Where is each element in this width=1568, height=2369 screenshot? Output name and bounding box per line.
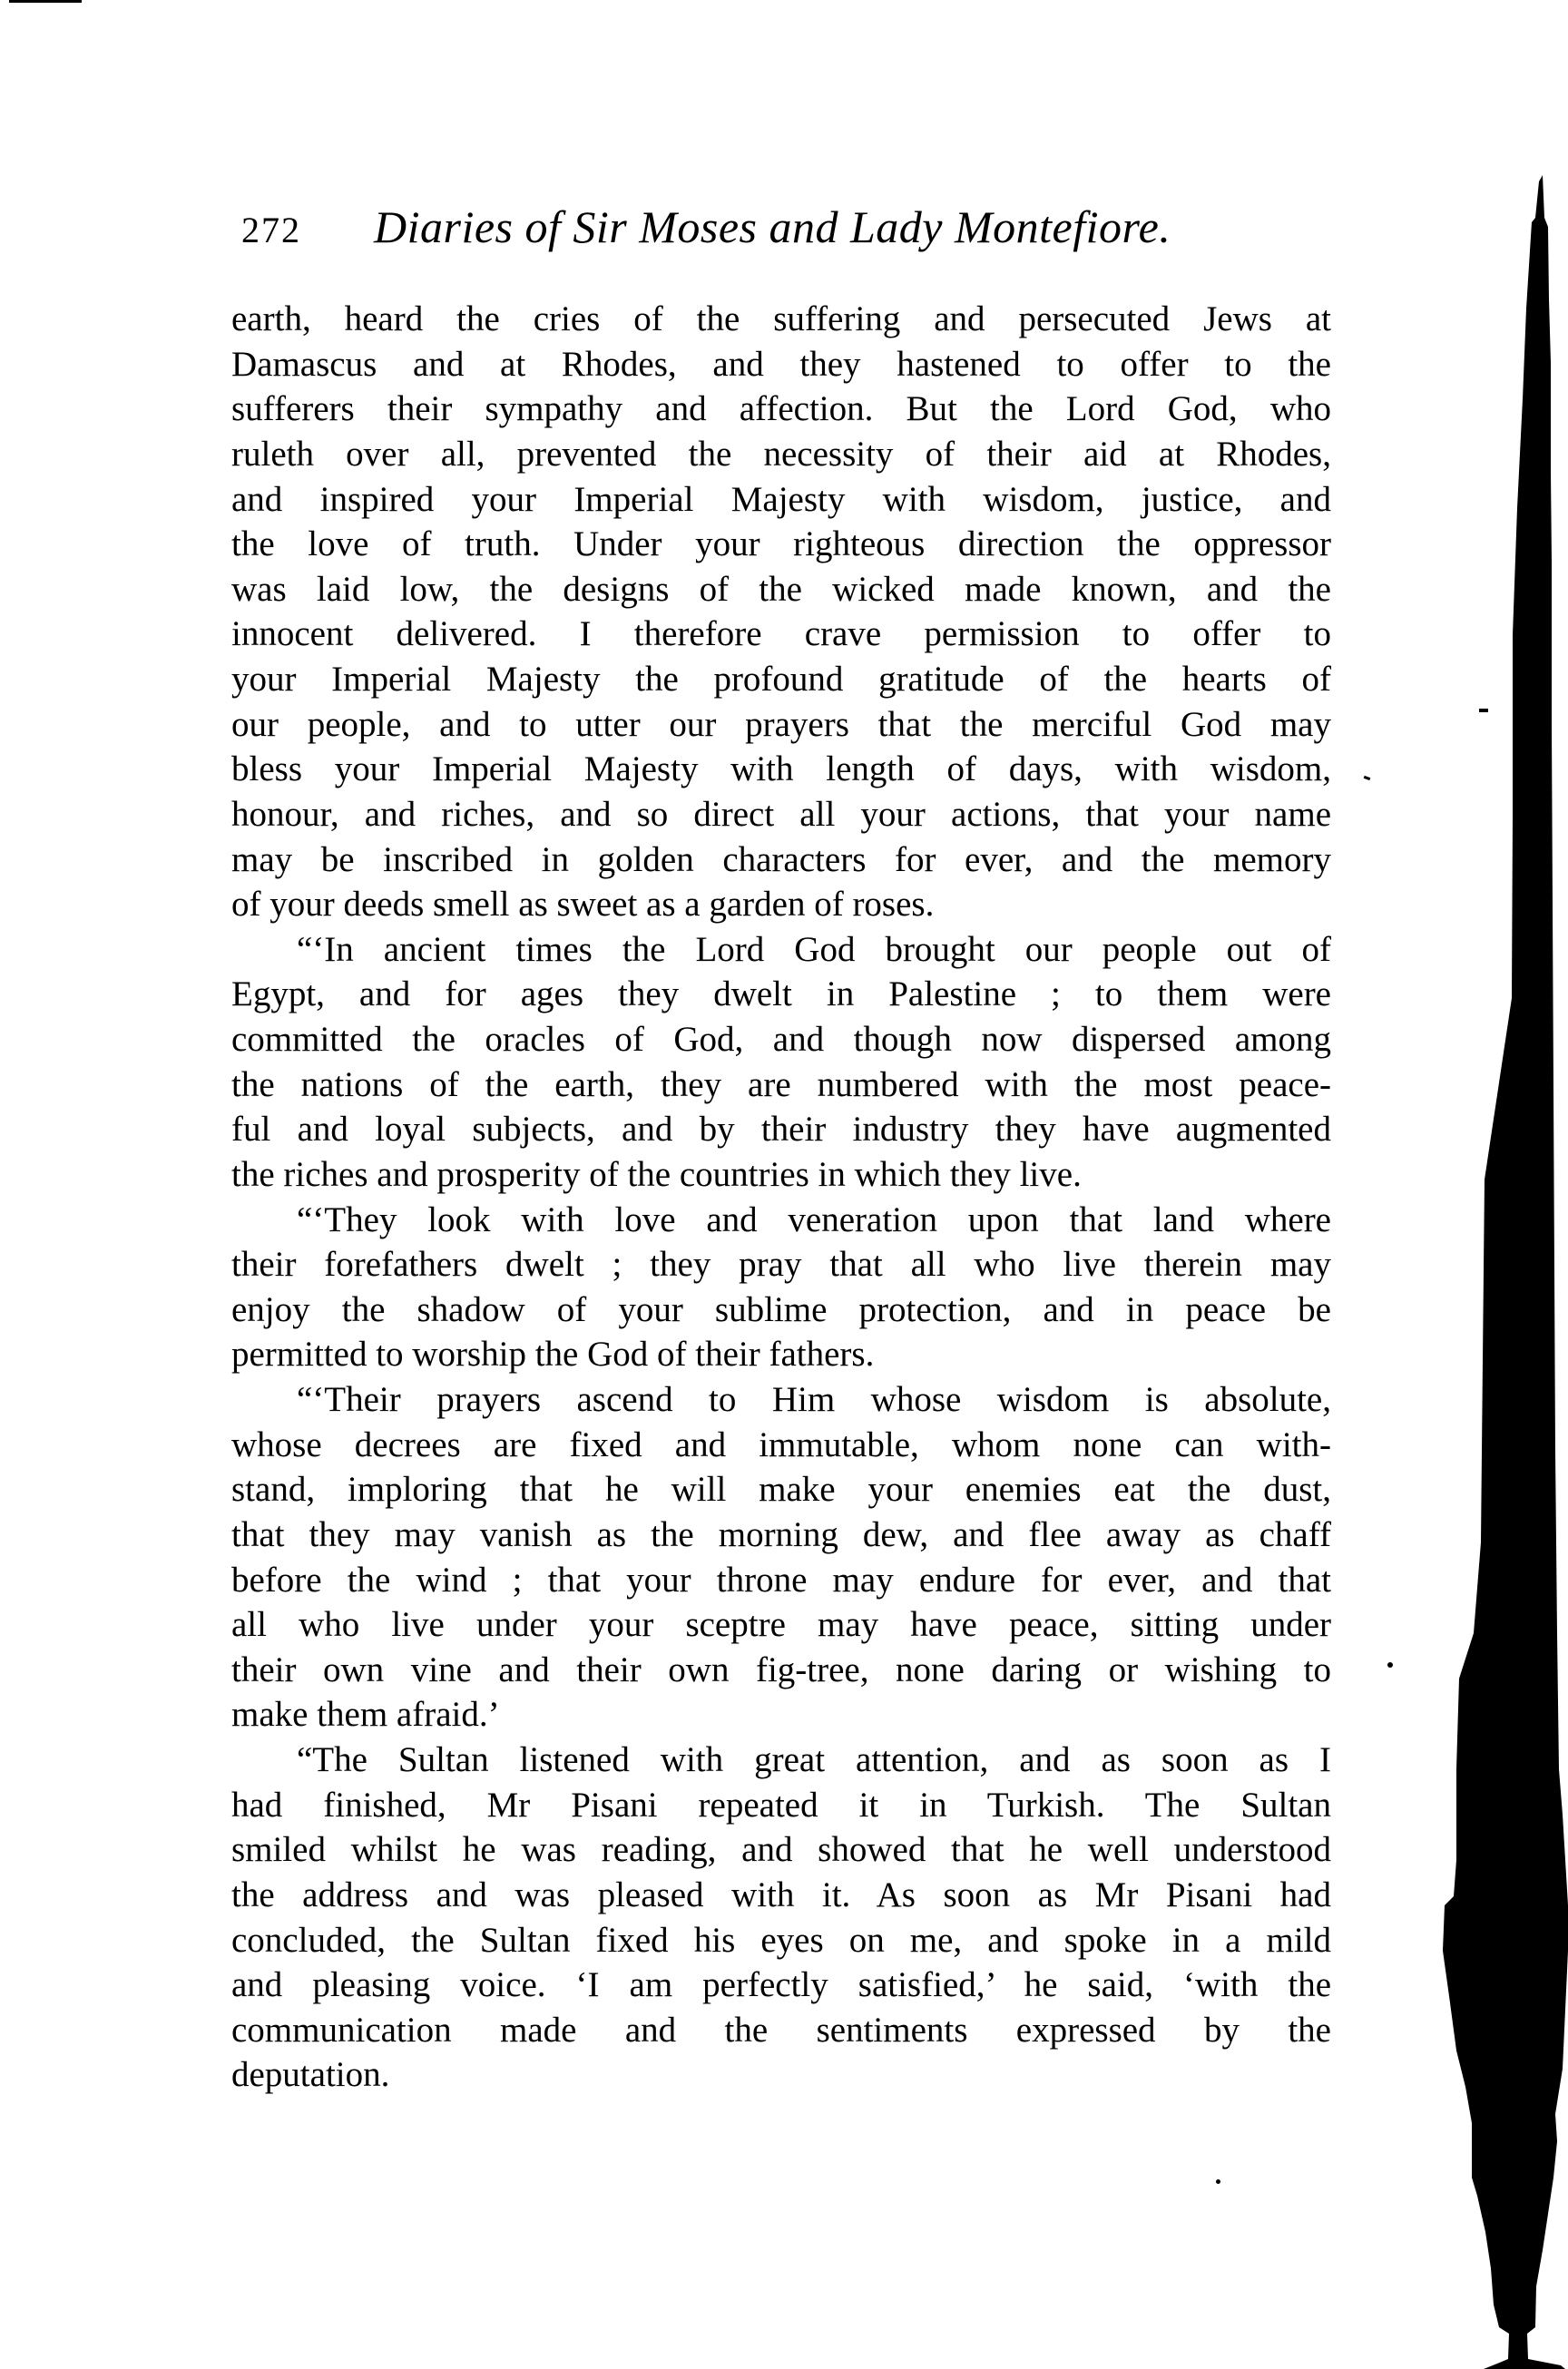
running-head: 272 Diaries of Sir Moses and Lady Montef… — [241, 201, 1330, 256]
text-line: “The Sultan listened with great attentio… — [231, 1738, 1331, 1783]
text-line: deputation. — [231, 2052, 1331, 2098]
scan-speck — [1216, 2179, 1220, 2184]
text-line: honour, and riches, and so direct all yo… — [231, 792, 1331, 837]
text-line: the riches and prosperity of the countri… — [231, 1152, 1331, 1198]
text-line: was laid low, the designs of the wicked … — [231, 567, 1331, 612]
text-line: committed the oracles of God, and though… — [231, 1017, 1331, 1062]
paragraph: “‘They look with love and veneration upo… — [231, 1198, 1331, 1378]
text-line: permitted to worship the God of their fa… — [231, 1332, 1331, 1377]
paragraph: “‘In ancient times the Lord God brought … — [231, 927, 1331, 1198]
text-line: your Imperial Majesty the profound grati… — [231, 657, 1331, 702]
text-line: communication made and the sentiments ex… — [231, 2008, 1331, 2053]
text-line: enjoy the shadow of your sublime protect… — [231, 1287, 1331, 1333]
text-line: make them afraid.’ — [231, 1692, 1331, 1738]
text-line: ruleth over all, prevented the necessity… — [231, 432, 1331, 477]
text-line: the address and was pleased with it. As … — [231, 1873, 1331, 1918]
text-line: stand, imploring that he will make your … — [231, 1467, 1331, 1512]
body-text: earth, heard the cries of the suffering … — [231, 297, 1331, 2098]
text-line: the nations of the earth, they are numbe… — [231, 1062, 1331, 1108]
text-line: sufferers their sympathy and affection. … — [231, 387, 1331, 432]
text-line: may be inscribed in golden characters fo… — [231, 837, 1331, 883]
text-line: their own vine and their own fig-tree, n… — [231, 1648, 1331, 1693]
text-line: Damascus and at Rhodes, and they hastene… — [231, 342, 1331, 387]
page-number: 272 — [241, 209, 301, 252]
text-line: bless your Imperial Majesty with length … — [231, 747, 1331, 792]
text-line: our people, and to utter our prayers tha… — [231, 702, 1331, 748]
paragraph: “‘Their prayers ascend to Him whose wisd… — [231, 1377, 1331, 1738]
text-line: the love of truth. Under your righteous … — [231, 522, 1331, 567]
text-line: had finished, Mr Pisani repeated it in T… — [231, 1783, 1331, 1828]
text-line: and inspired your Imperial Majesty with … — [231, 477, 1331, 523]
text-line: “‘In ancient times the Lord God brought … — [231, 927, 1331, 973]
scan-speck — [1387, 1662, 1393, 1668]
text-line: whose decrees are fixed and immutable, w… — [231, 1423, 1331, 1468]
text-line: of your deeds smell as sweet as a garden… — [231, 882, 1331, 927]
paragraph: “The Sultan listened with great attentio… — [231, 1738, 1331, 2098]
page-edge-shadow — [1434, 163, 1568, 2369]
text-line: smiled whilst he was reading, and showed… — [231, 1827, 1331, 1873]
scan-speck — [1479, 709, 1488, 712]
running-title: Diaries of Sir Moses and Lady Montefiore… — [374, 201, 1171, 252]
text-line: concluded, the Sultan fixed his eyes on … — [231, 1918, 1331, 1963]
text-line: “‘They look with love and veneration upo… — [231, 1198, 1331, 1243]
text-line: Egypt, and for ages they dwelt in Palest… — [231, 972, 1331, 1017]
text-line: earth, heard the cries of the suffering … — [231, 297, 1331, 342]
text-line: all who live under your sceptre may have… — [231, 1602, 1331, 1648]
text-line: their forefathers dwelt ; they pray that… — [231, 1242, 1331, 1287]
text-line: and pleasing voice. ‘I am perfectly sati… — [231, 1963, 1331, 2008]
text-line: ful and loyal subjects, and by their ind… — [231, 1107, 1331, 1152]
text-line: that they may vanish as the morning dew,… — [231, 1512, 1331, 1558]
paragraph: earth, heard the cries of the suffering … — [231, 297, 1331, 927]
scan-corner-mark — [9, 0, 82, 3]
text-line: “‘Their prayers ascend to Him whose wisd… — [231, 1377, 1331, 1423]
text-line: before the wind ; that your throne may e… — [231, 1558, 1331, 1603]
text-line: innocent delivered. I therefore crave pe… — [231, 612, 1331, 657]
scan-speck — [1364, 776, 1371, 780]
